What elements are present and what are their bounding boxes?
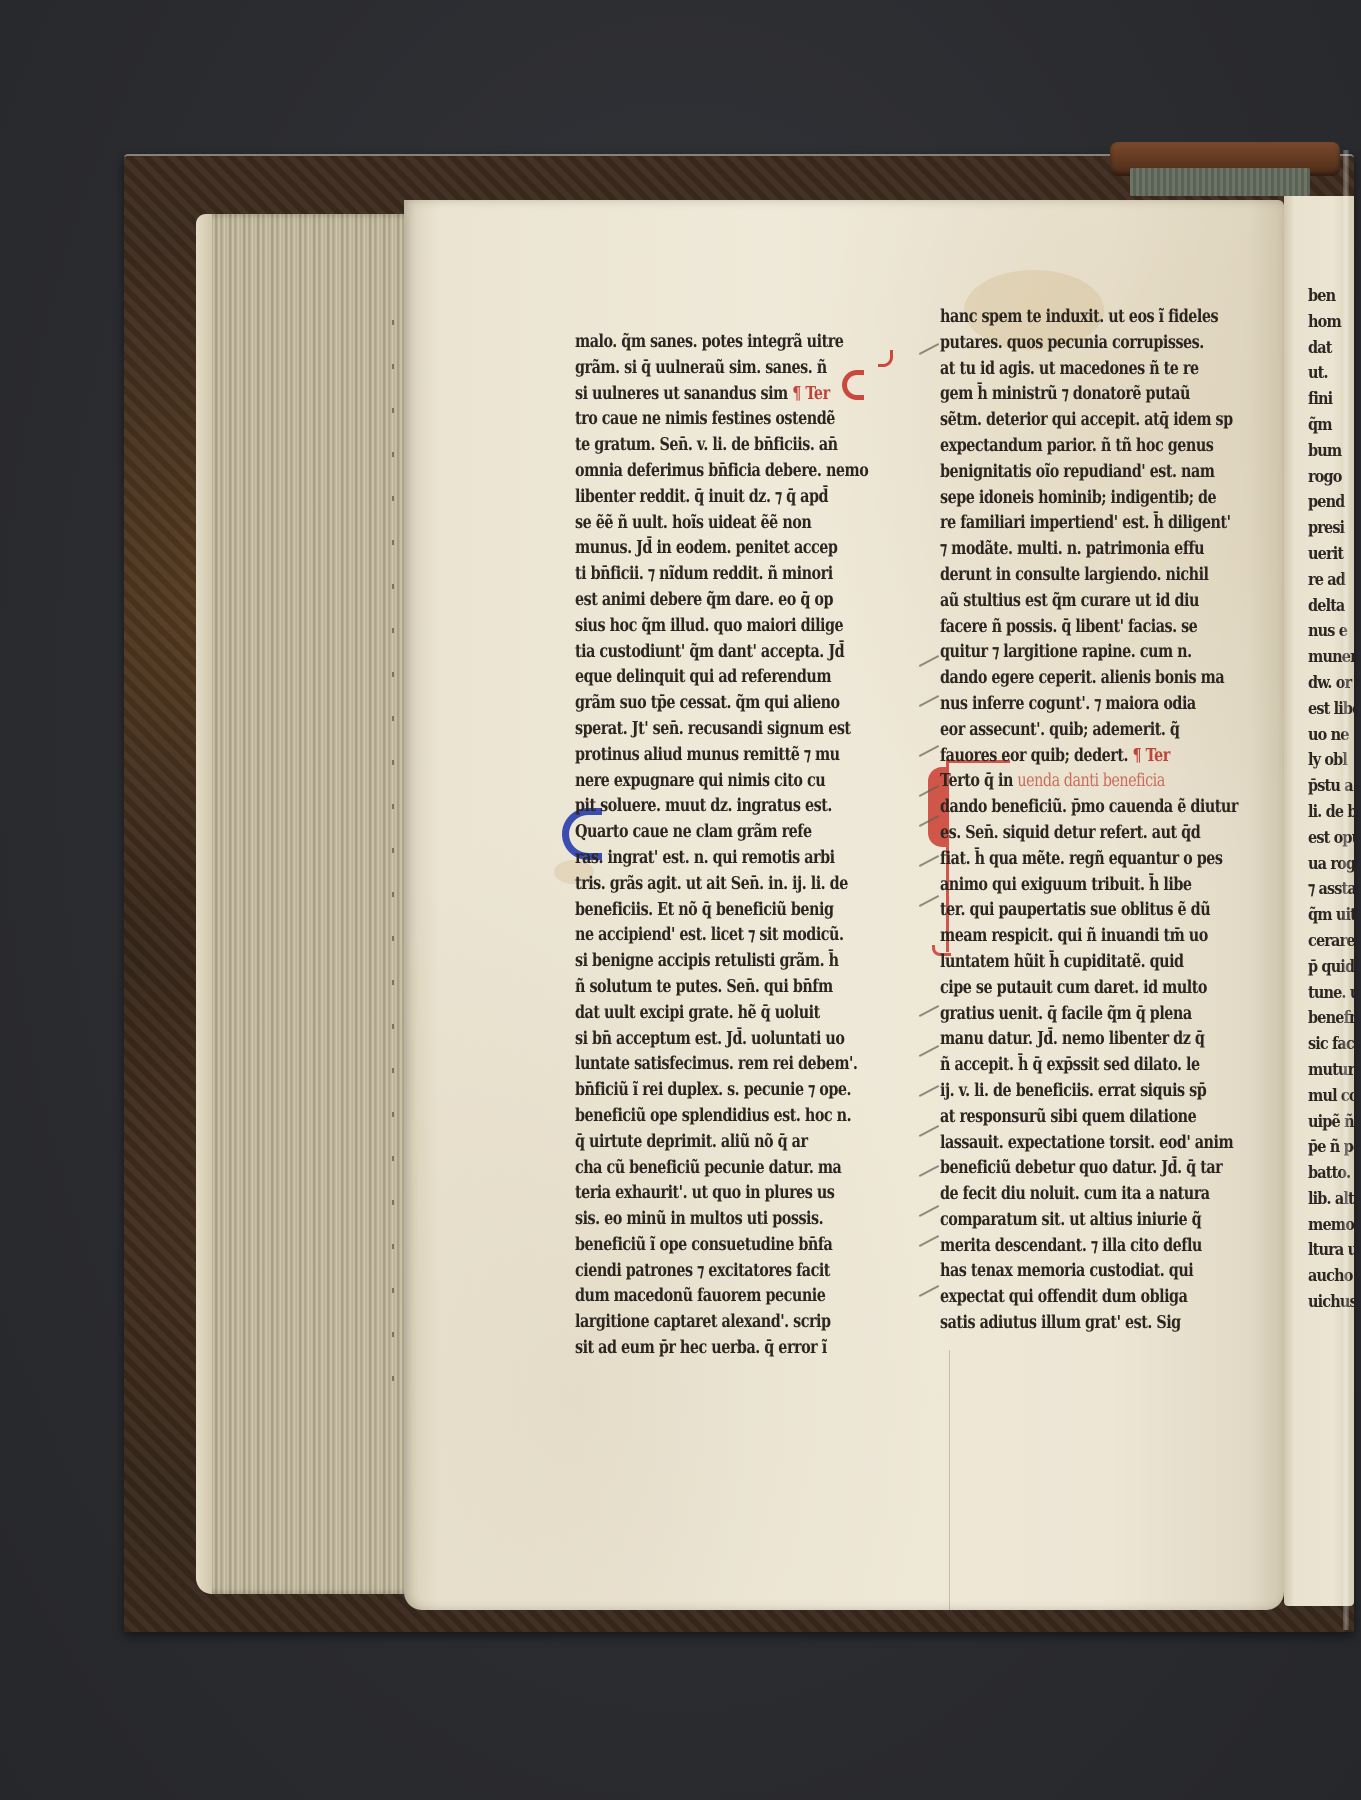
text-line: ras. ingrat' est. n. qui remotis arbi	[575, 846, 870, 872]
text-line: Quarto caue ne clam grãm refe	[575, 820, 870, 846]
text-line: tris. grãs agit. ut ait Sen̄. in. ij. li…	[575, 872, 870, 898]
text-line: dum macedonũ fauorem pecunie	[575, 1284, 870, 1310]
text-line: luntate satisfecimus. rem rei debem'.	[575, 1052, 870, 1078]
page-stack-edges	[196, 214, 404, 1594]
text-line: dat uult excipi grate. hẽ q̄ uoluit	[575, 1001, 870, 1027]
text-line: at responsurũ sibi quem dilatione	[940, 1105, 1219, 1131]
pricking-hole	[392, 760, 394, 765]
pricking-hole	[392, 980, 394, 985]
text-line: putares. quos pecunia corrupisses.	[940, 331, 1219, 357]
text-line: sepe idoneis hominib; indigentib; de	[940, 486, 1219, 512]
pricking-hole	[392, 364, 394, 369]
page-crease	[949, 1350, 950, 1610]
pricking-hole	[392, 804, 394, 809]
text-line: si bn̄ acceptum est. Jd̄. uoluntati uo	[575, 1027, 870, 1053]
text-line: nere expugnare qui nimis cito cu	[575, 769, 870, 795]
text-line: ⁊ modãte. multi. n. patrimonia effu	[940, 537, 1219, 563]
right-text-column: hanc spem te induxit. ut eos ĩ fidelespu…	[940, 305, 1280, 1337]
text-line: est animi debere q̃m dare. eo q̄ op	[575, 588, 870, 614]
text-line: sius hoc q̃m illud. quo maiori dilige	[575, 614, 870, 640]
text-line: eque delinquit qui ad referendum	[575, 665, 870, 691]
text-line: se ẽẽ ñ uult. hoĩs uideat ẽẽ non	[575, 511, 870, 537]
text-line: munus. Jd̄ in eodem. penitet accep	[575, 536, 870, 562]
pricking-hole	[392, 892, 394, 897]
text-line: beneficiis. Et nõ q̄ beneficiũ benig	[575, 898, 870, 924]
text-line: sit ad eum p̄r hec uerba. q̄ error ĩ	[575, 1336, 870, 1362]
text-line: luntatem hũit h̄ cupiditatẽ. quid	[940, 950, 1219, 976]
text-line: grãm. si q̄ uulneraũ sim. sanes. ñ	[575, 356, 870, 382]
pricking-hole	[392, 1068, 394, 1073]
text-line: largitione captaret alexand'. scrip	[575, 1310, 870, 1336]
pricking-hole	[392, 1288, 394, 1293]
text-line: te gratum. Sen̄. v. li. de bn̄ficiis. an…	[575, 433, 870, 459]
text-line: sẽtm. deterior qui accepit. atq̄ idem sp	[940, 408, 1219, 434]
text-line: quitur ⁊ largitione rapine. cum n.	[940, 640, 1219, 666]
red-paragraph-mark: ¶ Ter	[1132, 746, 1169, 766]
text-line: de fecit diu noluit. cum ita a natura	[940, 1182, 1219, 1208]
text-line: q̄ uirtute deprimit. aliũ nõ q̄ ar	[575, 1130, 870, 1156]
left-text-column: malo. q̃m sanes. potes integrã uitregrãm…	[575, 330, 935, 1362]
pricking-hole	[392, 1112, 394, 1117]
pricking-hole	[392, 452, 394, 457]
text-line: si uulneres ut sanandus sim ¶ Ter	[575, 382, 870, 408]
pricking-hole	[392, 628, 394, 633]
pricking-hole	[392, 1332, 394, 1337]
text-line: benignitatis oĩo repudiand' est. nam	[940, 460, 1219, 486]
text-line: satis adiutus illum grat' est. Sig	[940, 1311, 1219, 1337]
pricking-hole	[392, 1024, 394, 1029]
text-line: ti bn̄ficii. ⁊ nĩdum reddit. ñ minori	[575, 562, 870, 588]
text-line: ij. v. li. de beneficiis. errat siquis s…	[940, 1079, 1219, 1105]
text-line: has tenax memoria custodiat. qui	[940, 1259, 1219, 1285]
text-line: libenter reddit. q̄ inuit dz. ⁊ q̄ apd̄	[575, 485, 870, 511]
text-line: sperat. Jt' sen̄. recusandi signum est	[575, 717, 870, 743]
text-line: ter. qui paupertatis sue oblitus ẽ dũ	[940, 898, 1219, 924]
rubric-heading: uenda danti beneficia	[1017, 771, 1164, 791]
text-line: fauores eor quib; dedert. ¶ Ter	[940, 744, 1219, 770]
text-line: nus inferre cogunt'. ⁊ maiora odia	[940, 692, 1219, 718]
text-line: ciendi patrones ⁊ excitatores facit	[575, 1259, 870, 1285]
text-line: comparatum sit. ut altius iniurie q̃	[940, 1208, 1219, 1234]
glass-plate-edge	[1343, 150, 1349, 1630]
text-line: pit soluere. muut dz. ingratus est.	[575, 794, 870, 820]
pricking-hole	[392, 496, 394, 501]
pricking-hole	[392, 1156, 394, 1161]
headband	[1130, 168, 1310, 196]
text-line: derunt in consulte largiendo. nichil	[940, 563, 1219, 589]
text-line: cha cũ beneficiũ pecunie datur. ma	[575, 1156, 870, 1182]
pricking-hole	[392, 540, 394, 545]
text-line: sis. eo minũ in multos uti possis.	[575, 1207, 870, 1233]
text-line: beneficiũ ope splendidius est. hoc n.	[575, 1104, 870, 1130]
text-line: gem h̄ ministrũ ⁊ donatorẽ putaũ	[940, 382, 1219, 408]
text-line: beneficiũ debetur quo datur. Jd̄. q̄ tar	[940, 1156, 1219, 1182]
pricking-hole	[392, 848, 394, 853]
text-line: bn̄ficiũ ĩ rei duplex. s. pecunie ⁊ ope.	[575, 1078, 870, 1104]
text-line: tro caue ne nimis festines ostendẽ	[575, 407, 870, 433]
text-line: ne accipiend' est. licet ⁊ sit modicũ.	[575, 923, 870, 949]
text-line: fiat. h̄ qua mẽte. regñ equantur o pes	[940, 847, 1219, 873]
pricking-hole	[392, 936, 394, 941]
pricking-hole	[392, 584, 394, 589]
text-line: omnia deferimus bn̄ficia debere. nemo	[575, 459, 870, 485]
text-line: dando egere ceperit. alienis bonis ma	[940, 666, 1219, 692]
text-line: at tu id agis. ut macedones ñ te re	[940, 357, 1219, 383]
text-line: cipe se putauit cum daret. id multo	[940, 976, 1219, 1002]
text-line: eor assecunt'. quib; ademerit. q̃	[940, 718, 1219, 744]
text-line: es. Sen̄. siquid detur refert. aut q̄d	[940, 821, 1219, 847]
text-line: grãm suo tp̄e cessat. q̃m qui alieno	[575, 691, 870, 717]
pricking-hole	[392, 408, 394, 413]
text-line: hanc spem te induxit. ut eos ĩ fideles	[940, 305, 1219, 331]
text-line: malo. q̃m sanes. potes integrã uitre	[575, 330, 870, 356]
text-line: ñ accepit. h̄ q̄ exp̄ssit sed dilato. le	[940, 1053, 1219, 1079]
text-line: si benigne accipis retulisti grãm. h̄	[575, 949, 870, 975]
text-line: re familiari impertiend' est. h̄ diligen…	[940, 511, 1219, 537]
text-line: animo qui exiguum tribuit. h̄ libe	[940, 873, 1219, 899]
text-line: expectat qui offendit dum obliga	[940, 1285, 1219, 1311]
text-line: tia custodiunt' q̃m dant' accepta. Jd̄	[575, 640, 870, 666]
text-line: meam respicit. qui ñ inuandi tm̄ uo	[940, 924, 1219, 950]
text-line: manu datur. Jd̄. nemo libenter dz q̄	[940, 1027, 1219, 1053]
pricking-hole	[392, 1200, 394, 1205]
text-line: dando beneficiũ. p̄mo cauenda ẽ diutur	[940, 795, 1219, 821]
pricking-hole	[392, 320, 394, 325]
text-line: facere ñ possis. q̄ libent' facias. se	[940, 615, 1219, 641]
red-paragraph-mark: ¶ Ter	[792, 384, 829, 404]
text-line: merita descendant. ⁊ illa cito deflu	[940, 1234, 1219, 1260]
text-line: protinus aliud munus remittẽ ⁊ mu	[575, 743, 870, 769]
text-line: aũ stultius est q̃m curare ut id diu	[940, 589, 1219, 615]
pricking-hole	[392, 1376, 394, 1381]
pricking-hole	[392, 672, 394, 677]
text-line: teria exhaurit'. ut quo in plures us	[575, 1181, 870, 1207]
text-line: gratius uenit. q̄ facile q̃m q̄ plena	[940, 1002, 1219, 1028]
text-line: ñ solutum te putes. Sen̄. qui bn̄fm	[575, 975, 870, 1001]
text-line: lassauit. expectatione torsit. eod' anim	[940, 1131, 1219, 1157]
pricking-hole	[392, 1244, 394, 1249]
text-line: expectandum parior. ñ tñ hoc genus	[940, 434, 1219, 460]
text-line: Terto q̄ in uenda danti beneficia	[940, 769, 1219, 795]
pricking-hole	[392, 716, 394, 721]
text-line: beneficiũ ĩ ope consuetudine bn̄fa	[575, 1233, 870, 1259]
